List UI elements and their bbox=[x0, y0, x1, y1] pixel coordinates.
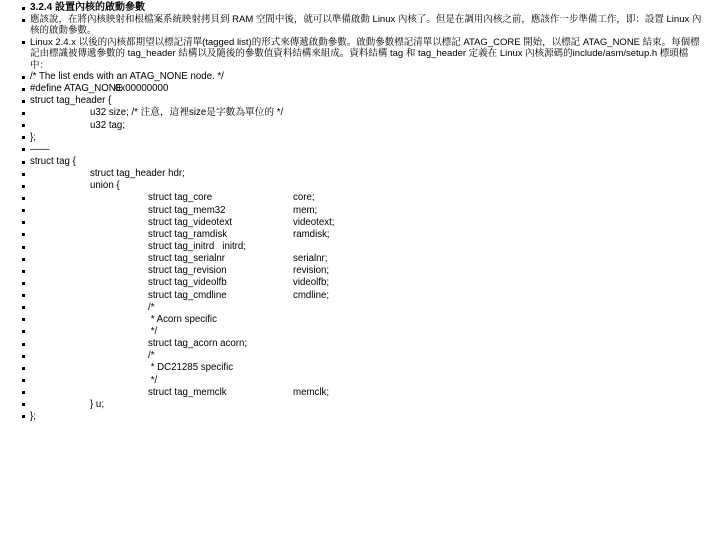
code-line-text: struct tag_initrd initrd; bbox=[148, 241, 246, 253]
bullet-marker bbox=[22, 124, 25, 127]
code-line-row: struct tag_header hdr; bbox=[0, 168, 720, 180]
bullet-marker bbox=[22, 403, 25, 406]
code-line-column2: mem; bbox=[293, 205, 317, 217]
code-line-column2: videotext; bbox=[293, 217, 334, 229]
bullet-marker bbox=[22, 379, 25, 382]
code-line-column2: memclk; bbox=[293, 387, 329, 399]
code-line-row: struct tag_cmdline cmdline; bbox=[0, 290, 720, 302]
bullet-marker bbox=[22, 318, 25, 321]
code-line-text: struct tag_acorn acorn; bbox=[148, 338, 247, 350]
code-line-text: struct tag_header hdr; bbox=[90, 168, 185, 180]
bullet-marker bbox=[22, 330, 25, 333]
code-line-row: } u; bbox=[0, 399, 720, 411]
code-line-column2: videolfb; bbox=[293, 277, 329, 289]
code-line-text: struct tag { bbox=[30, 156, 76, 168]
code-line-text: */ bbox=[148, 326, 157, 338]
code-line-text: struct tag_videolfb bbox=[148, 277, 227, 289]
bullet-marker bbox=[22, 7, 25, 10]
code-line-row: #define ATAG_NONE 0x00000000 bbox=[0, 83, 720, 95]
slide-title: 3.2.4 設置內核的啟動參數 bbox=[30, 2, 145, 13]
bullet-marker bbox=[22, 343, 25, 346]
slide-title-row: 3.2.4 設置內核的啟動參數 bbox=[0, 2, 720, 14]
code-line-text: struct tag_mem32 bbox=[148, 205, 226, 217]
paragraph-text: 應該說，在將內核映射和根檔案系統映射拷貝到 RAM 空間中後，就可以準備啟動 L… bbox=[30, 14, 701, 36]
code-line-column2: core; bbox=[293, 192, 315, 204]
code-line-text: */ bbox=[148, 375, 157, 387]
code-line-row: —— bbox=[0, 144, 720, 156]
code-line-text: struct tag_cmdline bbox=[148, 290, 227, 302]
bullet-marker bbox=[22, 41, 25, 44]
code-line-row: /* The list ends with an ATAG_NONE node.… bbox=[0, 71, 720, 83]
bullet-marker bbox=[22, 88, 25, 91]
bullet-marker bbox=[22, 294, 25, 297]
code-line-text: }; bbox=[30, 411, 36, 423]
code-line-column2: 0x00000000 bbox=[115, 83, 168, 95]
paragraph-text: Linux 2.4.x 以後的內核都期望以標記清單(tagged list)的形… bbox=[30, 37, 700, 71]
code-line-text: }; bbox=[30, 132, 36, 144]
code-line-row: struct tag_revision revision; bbox=[0, 265, 720, 277]
paragraph-row: 應該說，在將內核映射和根檔案系統映射拷貝到 RAM 空間中後，就可以準備啟動 L… bbox=[0, 14, 720, 37]
code-line-row: struct tag_memclk memclk; bbox=[0, 387, 720, 399]
code-line-text: —— bbox=[30, 144, 49, 156]
bullet-marker bbox=[22, 112, 25, 115]
code-line-row: struct tag_core core; bbox=[0, 192, 720, 204]
code-line-row: u32 tag; bbox=[0, 120, 720, 132]
bullet-marker bbox=[22, 148, 25, 151]
code-line-row: union { bbox=[0, 180, 720, 192]
code-line-text: #define ATAG_NONE bbox=[30, 83, 122, 95]
code-line-row: /* bbox=[0, 302, 720, 314]
code-line-column2: revision; bbox=[293, 265, 329, 277]
code-line-text: } u; bbox=[90, 399, 104, 411]
bullet-marker bbox=[22, 367, 25, 370]
bullet-marker bbox=[22, 233, 25, 236]
code-line-row: struct tag_acorn acorn; bbox=[0, 338, 720, 350]
bullet-marker bbox=[22, 173, 25, 176]
code-line-text: * Acorn specific bbox=[148, 314, 217, 326]
code-line-row: struct tag_header { bbox=[0, 95, 720, 107]
bullet-marker bbox=[22, 391, 25, 394]
code-line-row: * Acorn specific bbox=[0, 314, 720, 326]
bullet-marker bbox=[22, 19, 25, 22]
bullet-marker bbox=[22, 270, 25, 273]
code-line-row: struct tag_ramdisk ramdisk; bbox=[0, 229, 720, 241]
code-line-text: union { bbox=[90, 180, 120, 192]
bullet-marker bbox=[22, 221, 25, 224]
code-line-row: struct tag_videotext videotext; bbox=[0, 217, 720, 229]
code-line-row: * DC21285 specific bbox=[0, 362, 720, 374]
code-line-text: struct tag_header { bbox=[30, 95, 111, 107]
bullet-marker bbox=[22, 76, 25, 79]
code-line-row: */ bbox=[0, 375, 720, 387]
bullet-marker bbox=[22, 246, 25, 249]
bullet-marker bbox=[22, 282, 25, 285]
code-line-column2: ramdisk; bbox=[293, 229, 330, 241]
code-line-text: /* The list ends with an ATAG_NONE node.… bbox=[30, 71, 224, 83]
code-line-row: }; bbox=[0, 411, 720, 423]
bullet-marker bbox=[22, 415, 25, 418]
bullet-marker bbox=[22, 136, 25, 139]
code-line-row: struct tag_mem32 mem; bbox=[0, 205, 720, 217]
bullet-marker bbox=[22, 161, 25, 164]
code-line-row: struct tag_videolfb videolfb; bbox=[0, 277, 720, 289]
bullet-marker bbox=[22, 197, 25, 200]
bullet-marker bbox=[22, 185, 25, 188]
intro-paragraphs: 應該說，在將內核映射和根檔案系統映射拷貝到 RAM 空間中後，就可以準備啟動 L… bbox=[0, 14, 720, 71]
code-line-column2: cmdline; bbox=[293, 290, 329, 302]
code-line-text: u32 size; /* 注意，這裡size是字數為單位的 */ bbox=[90, 107, 283, 119]
code-line-text: struct tag_core bbox=[148, 192, 212, 204]
code-line-text: /* bbox=[148, 350, 154, 362]
code-line-row: u32 size; /* 注意，這裡size是字數為單位的 */ bbox=[0, 107, 720, 119]
code-line-row: */ bbox=[0, 326, 720, 338]
code-line-text: struct tag_revision bbox=[148, 265, 227, 277]
code-line-row: struct tag_serialnr serialnr; bbox=[0, 253, 720, 265]
code-line-row: }; bbox=[0, 132, 720, 144]
code-line-text: /* bbox=[148, 302, 154, 314]
code-line-row: struct tag_initrd initrd; bbox=[0, 241, 720, 253]
bullet-marker bbox=[22, 209, 25, 212]
code-line-text: struct tag_memclk bbox=[148, 387, 227, 399]
bullet-marker bbox=[22, 100, 25, 103]
paragraph-row: Linux 2.4.x 以後的內核都期望以標記清單(tagged list)的形… bbox=[0, 37, 720, 71]
code-line-column2: serialnr; bbox=[293, 253, 327, 265]
code-listing: /* The list ends with an ATAG_NONE node.… bbox=[0, 71, 720, 423]
bullet-marker bbox=[22, 258, 25, 261]
bullet-marker bbox=[22, 306, 25, 309]
code-line-text: struct tag_videotext bbox=[148, 217, 232, 229]
code-line-text: * DC21285 specific bbox=[148, 362, 233, 374]
code-line-row: struct tag { bbox=[0, 156, 720, 168]
presentation-slide: 3.2.4 設置內核的啟動參數 應該說，在將內核映射和根檔案系統映射拷貝到 RA… bbox=[0, 0, 720, 540]
code-line-row: /* bbox=[0, 350, 720, 362]
code-line-text: u32 tag; bbox=[90, 120, 125, 132]
bullet-marker bbox=[22, 355, 25, 358]
code-line-text: struct tag_serialnr bbox=[148, 253, 225, 265]
code-line-text: struct tag_ramdisk bbox=[148, 229, 227, 241]
